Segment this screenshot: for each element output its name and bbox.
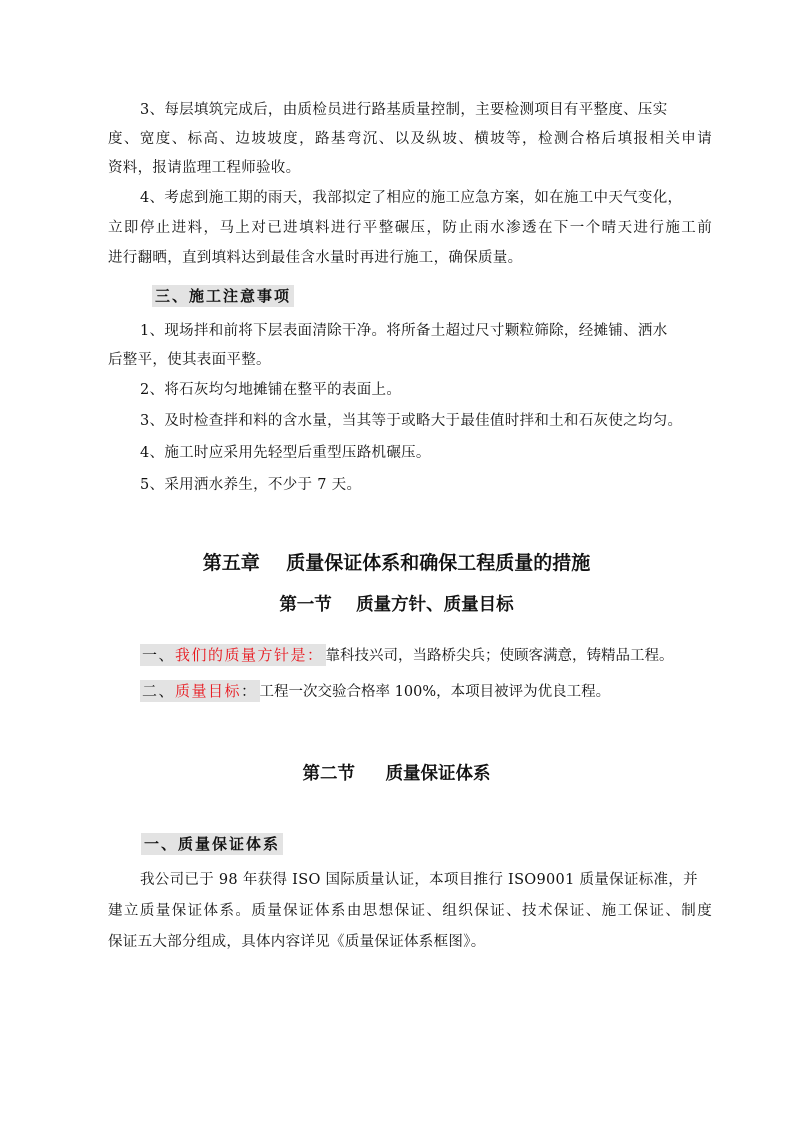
note-item-2: 2、将石灰均匀地摊铺在整平的表面上。 [140,380,401,400]
note-item-5: 5、采用洒水养生，不少于 7 天。 [140,475,361,495]
section-three-heading: 三、施工注意事项 [152,285,294,307]
quality-system-line-1: 我公司已于 98 年获得 ISO 国际质量认证，本项目推行 ISO9001 质量… [140,870,698,890]
quality-system-line-2: 建立质量保证体系。质量保证体系由思想保证、组织保证、技术保证、施工保证、制度 [108,901,712,921]
item4-line-1: 4、考虑到施工期的雨天，我部拟定了相应的施工应急方案，如在施工中天气变化， [140,188,682,208]
quality-policy: 一、我们的质量方针是：靠科技兴司，当路桥尖兵；使顾客满意，铸精品工程。 [140,644,674,667]
item3-line-1: 3、每层填筑完成后，由质检员进行路基质量控制，主要检测项目有平整度、压实 [140,100,668,120]
goal-label-text: 质量目标 [175,682,241,700]
goal-colon: ： [241,682,258,700]
quality-policy-label: 一、我们的质量方针是： [140,644,326,666]
policy-prefix: 一、 [142,646,175,664]
policy-colon: ： [307,646,324,664]
policy-label-text: 我们的质量方针是 [175,646,307,664]
goal-text: 工程一次交验合格率 100%，本项目被评为优良工程。 [260,684,611,700]
quality-goal-label: 二、质量目标： [140,680,260,702]
quality-system-heading: 一、质量保证体系 [141,833,283,855]
chapter-title: 第五章 质量保证体系和确保工程质量的措施 [0,550,793,576]
quality-goal: 二、质量目标：工程一次交验合格率 100%，本项目被评为优良工程。 [140,680,610,703]
note-item-4: 4、施工时应采用先轻型后重型压路机碾压。 [140,443,431,463]
item3-line-3: 资料，报请监理工程师验收。 [108,158,300,178]
item4-line-3: 进行翻晒，直到填料达到最佳含水量时再进行施工，确保质量。 [108,248,522,268]
note-item-1-line-2: 后整平，使其表面平整。 [108,350,271,370]
section2-title: 第二节 质量保证体系 [0,762,793,786]
goal-prefix: 二、 [142,682,175,700]
item3-line-2: 度、宽度、标高、边坡坡度，路基弯沉、以及纵坡、横坡等，检测合格后填报相关申请 [108,129,712,149]
note-item-3: 3、及时检查拌和料的含水量，当其等于或略大于最佳值时拌和土和石灰使之均匀。 [140,411,682,431]
policy-text: 靠科技兴司，当路桥尖兵；使顾客满意，铸精品工程。 [326,648,674,664]
quality-system-line-3: 保证五大部分组成，具体内容详见《质量保证体系框图》。 [108,932,486,952]
document-page: 3、每层填筑完成后，由质检员进行路基质量控制，主要检测项目有平整度、压实 度、宽… [0,0,793,1122]
item4-line-2: 立即停止进料，马上对已进填料进行平整碾压，防止雨水渗透在下一个晴天进行施工前 [108,218,712,238]
section1-title: 第一节 质量方针、质量目标 [0,593,793,617]
note-item-1-line-1: 1、现场拌和前将下层表面清除干净。将所备土超过尺寸颗粒筛除，经摊铺、洒水 [140,321,668,341]
